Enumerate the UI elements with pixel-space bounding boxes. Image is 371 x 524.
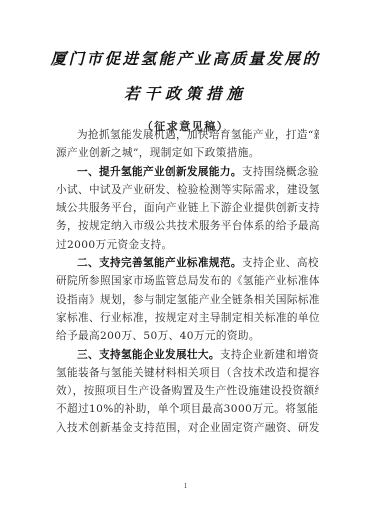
intro-line: 源产业创新之城”，现制定如下政策措施。 xyxy=(56,144,319,162)
section-2-line: 研院所参照国家市场监管总局发布的《氢能产业标准体系建 xyxy=(56,272,319,290)
section-1-line: 域公共服务平台，面向产业链上下游企业提供创新支持服 xyxy=(56,199,319,217)
document-title-line1: 厦门市促进氢能产业高质量发展的 xyxy=(0,47,371,69)
section-3-heading: 三、支持氢能企业发展壮大。 xyxy=(77,349,220,361)
section-1-line: 小试、中试及产业研发、检验检测等实际需求，建设氢能领 xyxy=(56,181,319,199)
page-number: 1 xyxy=(0,482,371,490)
section-2-line: 给予最高200万、50万、40万元的资助。 xyxy=(56,327,319,345)
document-title-line2: 若干政策措施 xyxy=(0,82,371,104)
section-3-line: 效），按照项目生产设备购置及生产性设施建设投资额给予 xyxy=(56,382,319,400)
section-3-line: 入技术创新基金支持范围，对企业固定资产融资、研发投入 xyxy=(56,419,319,437)
section-3-line: 不超过10%的补助，单个项目最高3000万元。将氢能企业列 xyxy=(56,400,319,418)
section-2-line: 家标准、行业标准，按规定对主导制定相关标准的单位分别 xyxy=(56,309,319,327)
document-page: 厦门市促进氢能产业高质量发展的 若干政策措施 （征求意见稿） 为抢抓氢能发展机遇… xyxy=(0,0,371,524)
section-2-heading: 二、支持完善氢能产业标准规范。 xyxy=(77,257,242,269)
document-body: 为抢抓氢能发展机遇，加快培育氢能产业，打造“新能 源产业创新之城”，现制定如下政… xyxy=(56,126,319,437)
section-1-line: 过2000万元资金支持。 xyxy=(56,236,319,254)
section-1-first-line: 一、提升氢能产业创新发展能力。支持围绕概念验证、 xyxy=(56,163,319,181)
section-1-line: 务，按规定纳入市级公共技术服务平台体系的给予最高不超 xyxy=(56,217,319,235)
section-3-first-line: 三、支持氢能企业发展壮大。支持企业新建和增资扩产 xyxy=(56,346,319,364)
intro-line: 为抢抓氢能发展机遇，加快培育氢能产业，打造“新能 xyxy=(56,126,319,144)
section-1-text: 支持围绕概念验证、 xyxy=(242,166,319,178)
section-3-line: 氢能装备与氢能关键材料相关项目（含技术改造和提容增 xyxy=(56,364,319,382)
section-1-heading: 一、提升氢能产业创新发展能力。 xyxy=(77,166,242,178)
section-2-line: 设指南》规划，参与制定氢能产业全链条相关国际标准、国 xyxy=(56,291,319,309)
section-2-text: 支持企业、高校、科 xyxy=(242,257,319,269)
section-3-text: 支持企业新建和增资扩产 xyxy=(220,349,319,361)
section-2-first-line: 二、支持完善氢能产业标准规范。支持企业、高校、科 xyxy=(56,254,319,272)
